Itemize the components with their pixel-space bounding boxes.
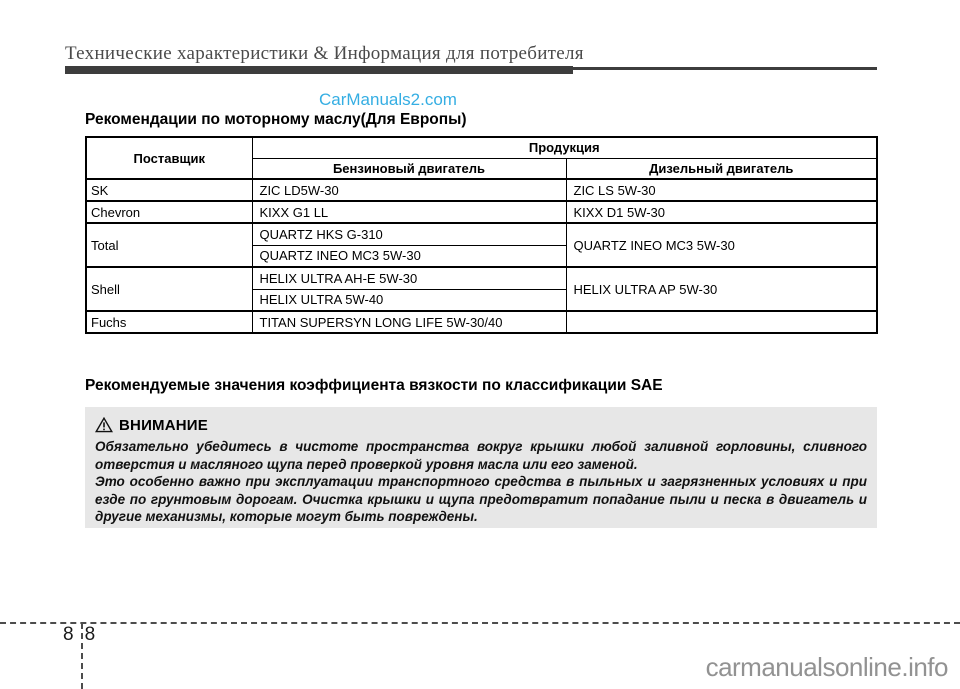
table-row: Total QUARTZ HKS G-310 QUARTZ INEO MC3 5… xyxy=(86,223,877,245)
oil-recommendation-heading: Рекомендации по моторному маслу(Для Евро… xyxy=(85,111,467,129)
gasoline-oil-cell: KIXX G1 LL xyxy=(252,201,566,223)
header-underline-bar xyxy=(65,66,573,74)
caution-paragraph: Это особенно важно при эксплуатации тран… xyxy=(95,473,867,526)
caution-box: ВНИМАНИЕ Обязательно убедитесь в чистоте… xyxy=(85,407,877,528)
diesel-oil-cell: KIXX D1 5W-30 xyxy=(566,201,877,223)
diesel-oil-cell xyxy=(566,311,877,333)
carmanualsonline-watermark: carmanualsonline.info xyxy=(706,652,948,683)
page-header-title: Технические характеристики & Информация … xyxy=(65,43,584,65)
col-header-products: Продукция xyxy=(252,137,877,158)
diesel-oil-cell: HELIX ULTRA AP 5W-30 xyxy=(566,267,877,311)
caution-paragraph: Обязательно убедитесь в чистоте простран… xyxy=(95,438,867,473)
manual-page: Технические характеристики & Информация … xyxy=(0,0,960,689)
gasoline-oil-cell: HELIX ULTRA 5W-40 xyxy=(252,289,566,311)
caution-header: ВНИМАНИЕ xyxy=(95,415,867,435)
carmanuals2-watermark: CarManuals2.com xyxy=(319,90,457,110)
gasoline-oil-cell: QUARTZ HKS G-310 xyxy=(252,223,566,245)
gasoline-oil-cell: HELIX ULTRA AH-E 5W-30 xyxy=(252,267,566,289)
supplier-cell: Total xyxy=(86,223,252,267)
table-row: Shell HELIX ULTRA AH-E 5W-30 HELIX ULTRA… xyxy=(86,267,877,289)
warning-triangle-icon xyxy=(95,417,113,433)
table-row: Fuchs TITAN SUPERSYN LONG LIFE 5W-30/40 xyxy=(86,311,877,333)
col-header-gasoline-engine: Бензиновый двигатель xyxy=(252,158,566,179)
page-numbers: 8 8 xyxy=(63,624,95,646)
footer-dashed-rule xyxy=(0,622,960,624)
table-row: SK ZIC LD5W-30 ZIC LS 5W-30 xyxy=(86,179,877,201)
header-underline-rule xyxy=(573,67,877,70)
caution-title: ВНИМАНИЕ xyxy=(119,417,208,434)
gasoline-oil-cell: TITAN SUPERSYN LONG LIFE 5W-30/40 xyxy=(252,311,566,333)
diesel-oil-cell: ZIC LS 5W-30 xyxy=(566,179,877,201)
diesel-oil-cell: QUARTZ INEO MC3 5W-30 xyxy=(566,223,877,267)
col-header-diesel-engine: Дизельный двигатель xyxy=(566,158,877,179)
supplier-cell: SK xyxy=(86,179,252,201)
supplier-cell: Shell xyxy=(86,267,252,311)
caution-body: Обязательно убедитесь в чистоте простран… xyxy=(95,438,867,526)
supplier-cell: Fuchs xyxy=(86,311,252,333)
oil-recommendation-table: Поставщик Продукция Бензиновый двигатель… xyxy=(85,136,878,334)
page-number-right: 8 xyxy=(85,624,96,646)
gasoline-oil-cell: ZIC LD5W-30 xyxy=(252,179,566,201)
supplier-cell: Chevron xyxy=(86,201,252,223)
sae-viscosity-heading: Рекомендуемые значения коэффициента вязк… xyxy=(85,377,663,395)
page-number-left: 8 xyxy=(63,624,74,646)
gasoline-oil-cell: QUARTZ INEO MC3 5W-30 xyxy=(252,245,566,267)
col-header-supplier: Поставщик xyxy=(86,137,252,179)
table-row: Chevron KIXX G1 LL KIXX D1 5W-30 xyxy=(86,201,877,223)
